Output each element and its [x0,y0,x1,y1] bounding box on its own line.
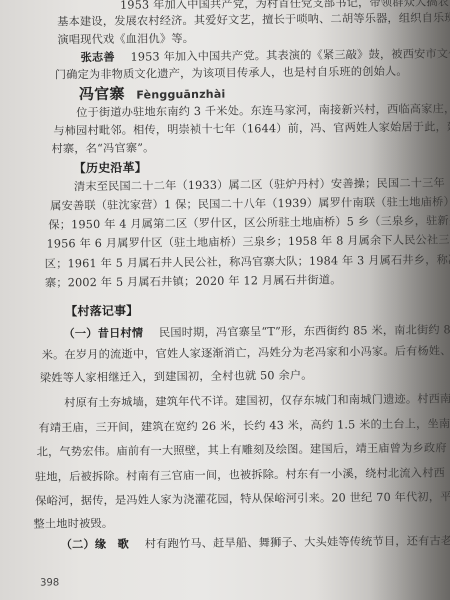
text-line: 村寨，名“冯官寨”。 [51,139,154,156]
text-line: 米。在岁月的流逝中，官姓人家逐渐消亡，冯姓分为老冯家和小冯家。后有杨姓、 [42,342,450,362]
text-line: 北，气势宏伟。庙前有一大照壁，其上有雕刻及绘图。建国后，靖王庙曾为乡政府 [37,439,447,459]
text-line: 保；1950 年 4 月属第二区（罗什区，区公所驻土地庙桥）5 乡（三泉乡，驻新… [48,212,450,233]
village-name: 冯官寨 [79,85,125,103]
subsection-2: （二）缘 歌 村有跑竹马、赶旱船、舞狮子、大头娃等传统节目，还有古老 [61,532,450,552]
text-line: 民国时期，冯官寨呈“T”形，东西街约 85 米，南北街约 80 [159,323,450,339]
section-heading-records: 【村落记事】 [65,302,138,320]
text-line: 驻地，后被拆除。村南有三官庙一间，也被拆除。村东有一小溪，绕村北流入村西 [35,464,445,484]
text-line: 整土地时被毁。 [33,515,113,532]
page-number: 398 [40,577,59,588]
village-pinyin: Fèngguānzhài [136,88,225,102]
text-line: 演唱现代戏《血泪仇》等。 [57,30,194,47]
text-line: 属安善联（驻沈家营）1 保；民国二十八年（1939）属罗什南联（驻土地庙桥）3 [50,193,450,213]
text-line: 清末至民国二十二年（1933）属二区（驻炉丹村）安善操；民国二十三年（1934） [74,174,450,194]
person-name: 张志善 [81,51,115,64]
person-text: 1953 年加入中国共产党。其表演的《紧三敲》鼓，被西安市文化部 [130,47,450,64]
book-page: 1953 年加入中国共产党，为村首任党支部书记，带领群众大搞农田 基本建设，发展… [0,0,450,600]
village-heading: 冯官寨 Fèngguānzhài [79,82,226,105]
text-line: 村原有土夯城墙，建筑年代不详。建国初，仅存东城门和南城门遗迹。村西南 [64,390,450,410]
section-heading-history: 【历史沿革】 [74,158,147,176]
text-line: 村有跑竹马、赶旱船、舞狮子、大头娃等传统节目，还有古老 [145,534,450,550]
text-line: 与柿园村毗邻。相传，明崇祯十七年（1644）前，冯、官两姓人家始居于此，建立 [53,118,450,138]
subsection-1: （一）昔日村情 民国时期，冯官寨呈“T”形，东西街约 85 米，南北街约 80 [63,321,450,341]
text-line: 位于街道办驻地东南约 3 千米处。东连马家河，南接新兴村，西临高家庄，北 [76,100,450,120]
text-line: 1956 年 6 月属罗什区（驻土地庙桥）三泉乡；1958 年 8 月属余下人民… [46,231,450,251]
text-line: 梁姓等人家相继迁入，到建国初，全村也就 50 余户。 [40,367,313,386]
text-line: 基本建设，发展农村经济。其爱好文艺，擅长于唢呐、二胡等乐器，组织自乐班， [57,9,450,29]
subsection-title: （二）缘 歌 [61,538,129,552]
text-line: 寨；2002 年 5 月属石井镇；2020 年 12 月属石井街道。 [45,271,342,290]
text-line: 区；1961 年 5 月属石井人民公社，称冯官寨大队；1984 年 3 月属石井… [45,251,450,271]
subsection-title: （一）昔日村情 [63,327,143,341]
text-line: 门确定为非物质文化遗产，为该项目传承人，也是村自乐班的创始人。 [55,63,408,83]
text-line: 有靖王庙，三开间，建筑在宽约 26 米，长约 43 米，高约 1.5 米的土台上… [38,415,450,435]
text-line: 保峪河，据传，是冯姓人家为浇灌花园，特从保峪河引来。20 世纪 70 年代初，平 [35,488,450,508]
